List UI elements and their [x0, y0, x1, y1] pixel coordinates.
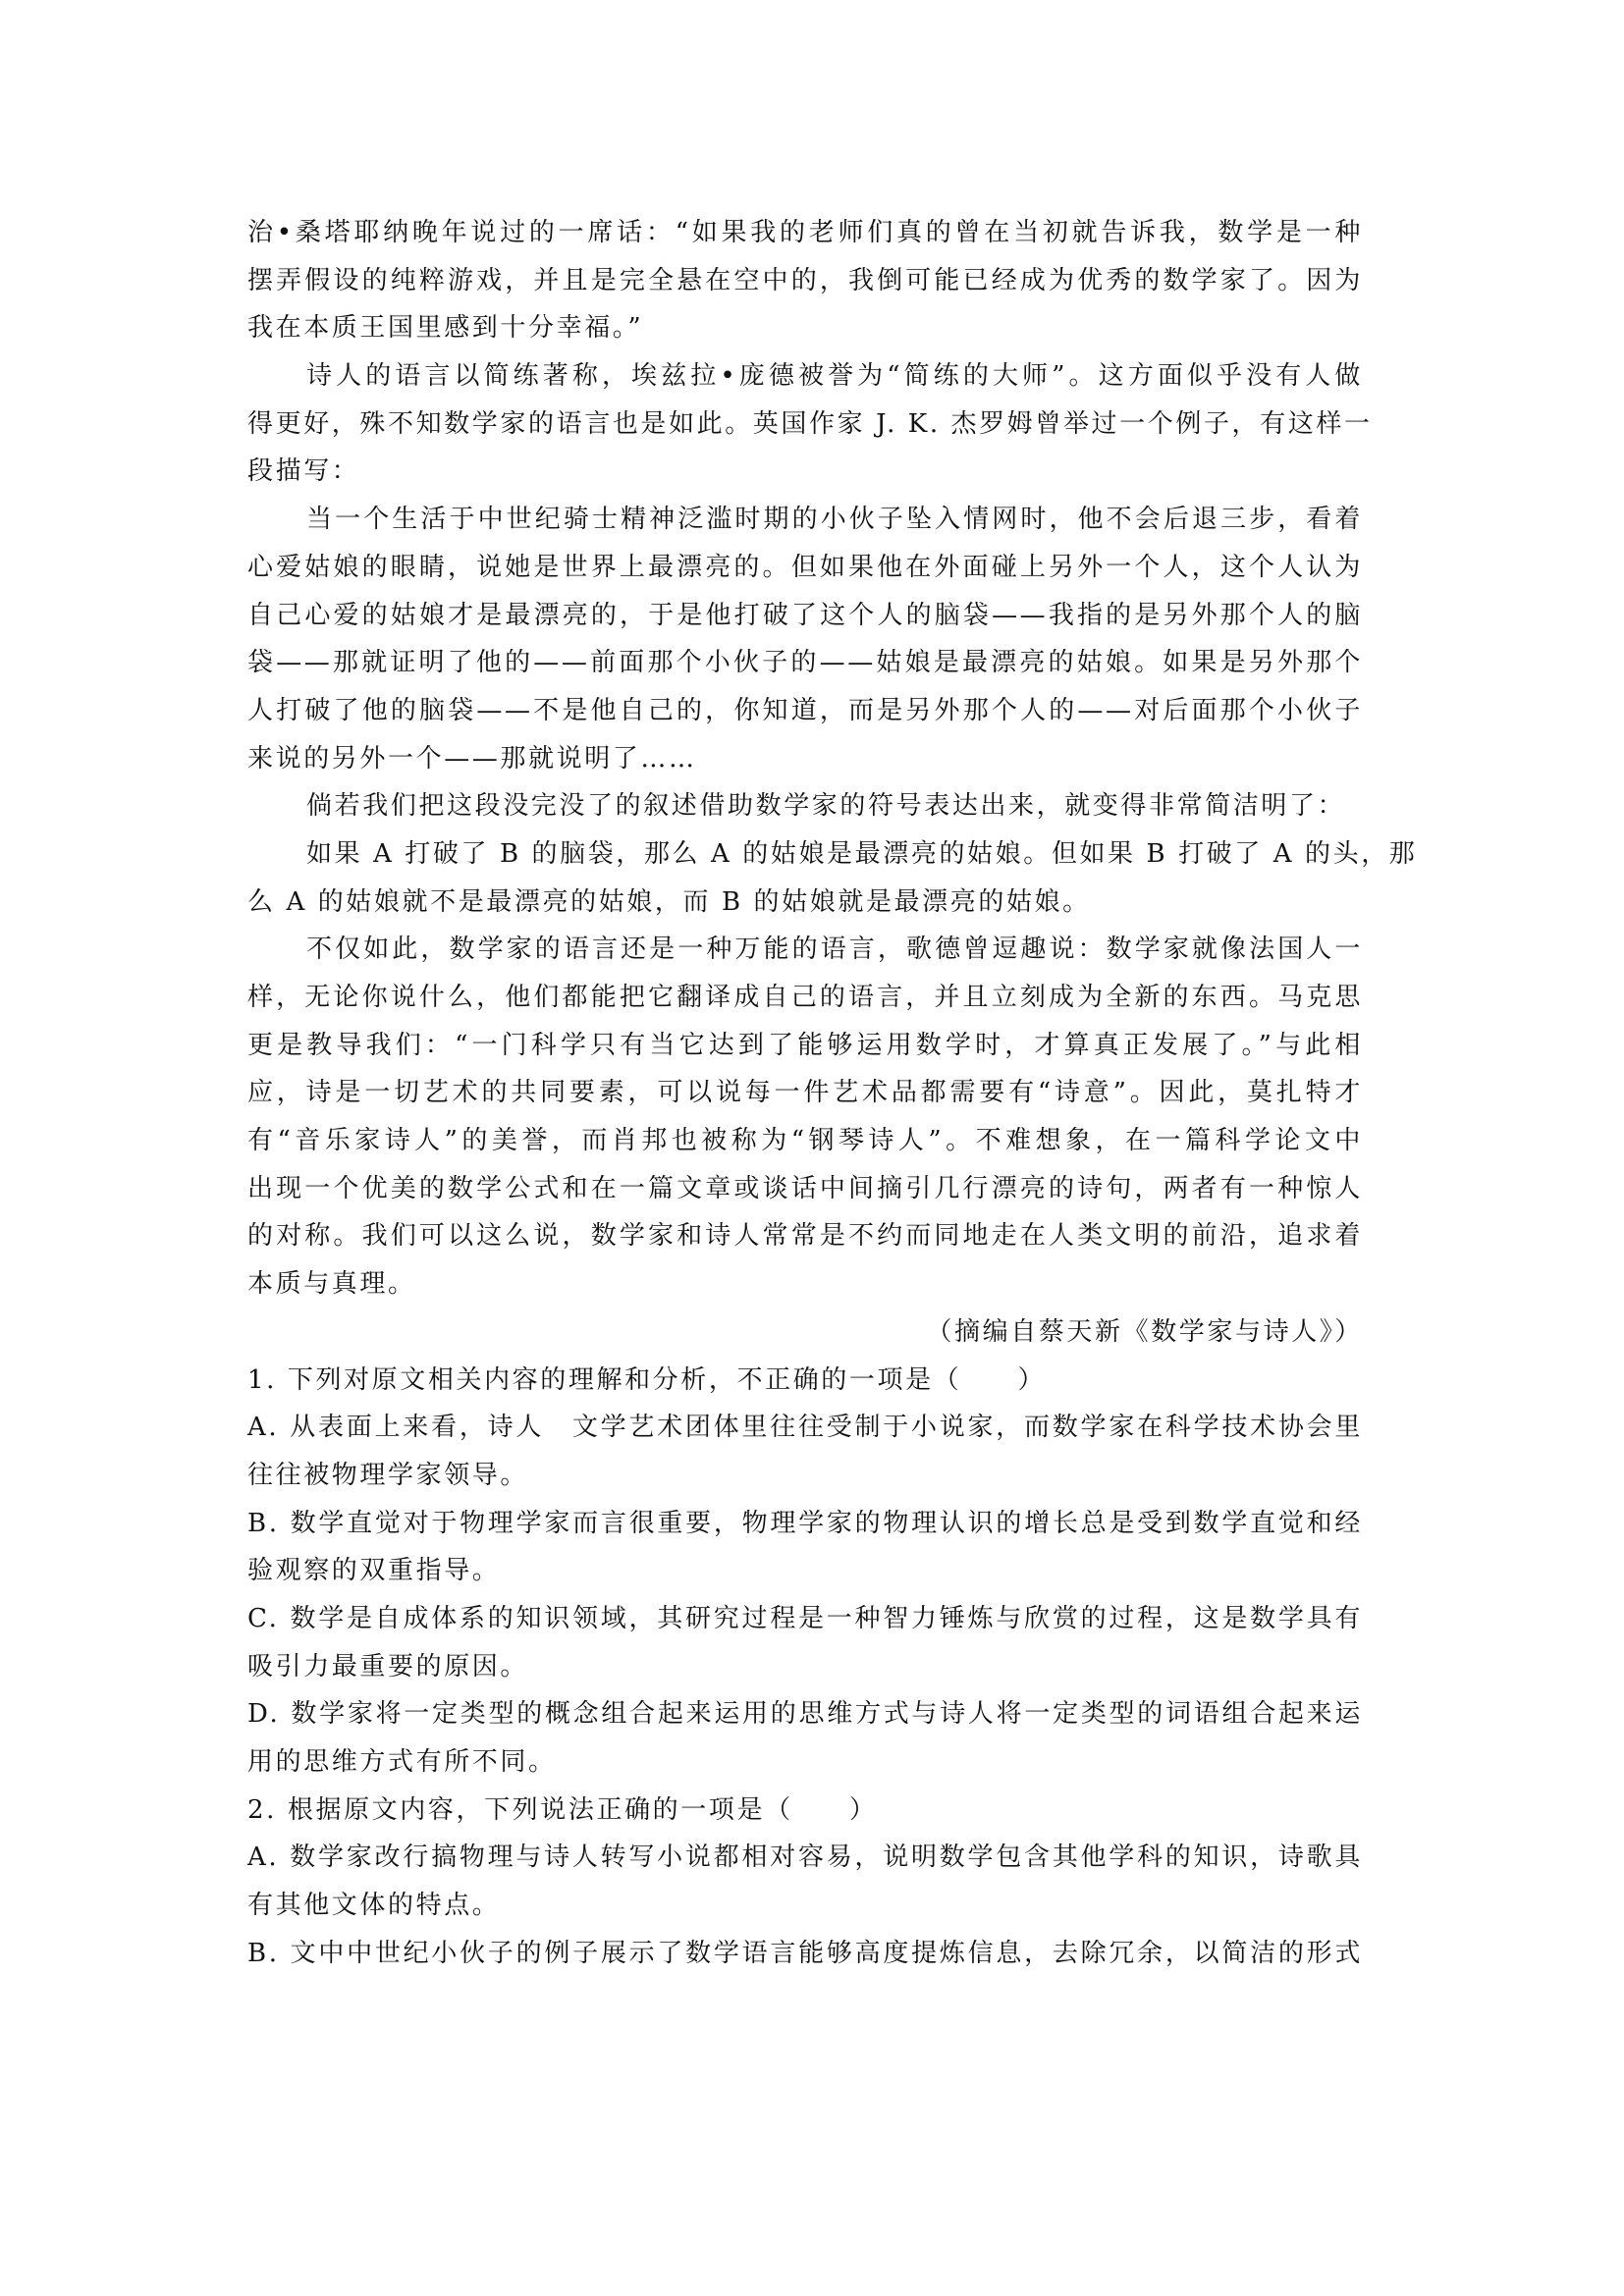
text-line: 心爱姑娘的眼睛，说她是世界上最漂亮的。但如果他在外面碰上另外一个人，这个人认为 — [247, 544, 1363, 592]
text-line: 本质与真理。 — [247, 1260, 1363, 1308]
text-line: D. 数学家将一定类型的概念组合起来运用的思维方式与诗人将一定类型的词语组合起来… — [247, 1690, 1363, 1738]
paragraph-symbolic-intro: 倘若我们把这段没完没了的叙述借助数学家的符号表达出来，就变得非常简洁明了： — [247, 782, 1363, 830]
source-attribution: （摘编自蔡天新《数学家与诗人》） — [247, 1308, 1363, 1357]
text-line: 如果 A 打破了 B 的脑袋，那么 A 的姑娘是最漂亮的姑娘。但如果 B 打破了… — [247, 830, 1363, 879]
text-line: 治•桑塔耶纳晚年说过的一席话：“如果我的老师们真的曾在当初就告诉我，数学是一种 — [247, 209, 1363, 257]
text-line: 袋——那就证明了他的——前面那个小伙子的——姑娘是最漂亮的姑娘。如果是另外那个 — [247, 639, 1363, 687]
text-line: 不仅如此，数学家的语言还是一种万能的语言，歌德曾逗趣说：数学家就像法国人一 — [247, 926, 1363, 974]
paragraph-santayana-quote: 治•桑塔耶纳晚年说过的一席话：“如果我的老师们真的曾在当初就告诉我，数学是一种 … — [247, 209, 1363, 352]
paragraph-symbolic-version: 如果 A 打破了 B 的脑袋，那么 A 的姑娘是最漂亮的姑娘。但如果 B 打破了… — [247, 830, 1363, 926]
option-1d: D. 数学家将一定类型的概念组合起来运用的思维方式与诗人将一定类型的词语组合起来… — [247, 1690, 1363, 1786]
option-2b: B. 文中中世纪小伙子的例子展示了数学语言能够高度提炼信息，去除冗余，以简洁的形… — [247, 1930, 1363, 1978]
text-line: 用的思维方式有所不同。 — [247, 1738, 1363, 1787]
text-line: 诗人的语言以简练著称，埃兹拉•庞德被誉为“简练的大师”。这方面似乎没有人做 — [247, 352, 1363, 400]
paragraph-universal-language: 不仅如此，数学家的语言还是一种万能的语言，歌德曾逗趣说：数学家就像法国人一 样，… — [247, 926, 1363, 1308]
text-line: 的对称。我们可以这么说，数学家和诗人常常是不约而同地走在人类文明的前沿，追求着 — [247, 1212, 1363, 1260]
text-line: 验观察的双重指导。 — [247, 1547, 1363, 1595]
text-line: 来说的另外一个——那就说明了…… — [247, 735, 1363, 783]
question-stem: 1. 下列对原文相关内容的理解和分析，不正确的一项是（ ） — [247, 1357, 1363, 1405]
option-1b: B. 数学直觉对于物理学家而言很重要，物理学家的物理认识的增长总是受到数学直觉和… — [247, 1500, 1363, 1595]
text-line: 吸引力最重要的原因。 — [247, 1643, 1363, 1691]
text-line: 更是教导我们：“一门科学只有当它达到了能够运用数学时，才算真正发展了。”与此相 — [247, 1022, 1363, 1070]
text-line: C. 数学是自成体系的知识领域，其研究过程是一种智力锤炼与欣赏的过程，这是数学具… — [247, 1595, 1363, 1643]
paragraph-jerome-example: 当一个生活于中世纪骑士精神泛滥时期的小伙子坠入情网时，他不会后退三步，看着 心爱… — [247, 496, 1363, 782]
text-line: 段描写： — [247, 448, 1363, 496]
option-2a: A. 数学家改行搞物理与诗人转写小说都相对容易，说明数学包含其他学科的知识，诗歌… — [247, 1834, 1363, 1929]
text-line: B. 数学直觉对于物理学家而言很重要，物理学家的物理认识的增长总是受到数学直觉和… — [247, 1500, 1363, 1548]
text-line: 出现一个优美的数学公式和在一篇文章或谈话中间摘引几行漂亮的诗句，两者有一种惊人 — [247, 1165, 1363, 1213]
text-line: 往往被物理学家领导。 — [247, 1452, 1363, 1500]
text-line: 我在本质王国里感到十分幸福。” — [247, 304, 1363, 352]
text-line: 么 A 的姑娘就不是最漂亮的姑娘，而 B 的姑娘就是最漂亮的姑娘。 — [247, 879, 1363, 927]
paragraph-poet-language: 诗人的语言以简练著称，埃兹拉•庞德被誉为“简练的大师”。这方面似乎没有人做 得更… — [247, 352, 1363, 496]
text-line: 人打破了他的脑袋——不是他自己的，你知道，而是另外那个人的——对后面那个小伙子 — [247, 687, 1363, 735]
text-line: 倘若我们把这段没完没了的叙述借助数学家的符号表达出来，就变得非常简洁明了： — [247, 782, 1363, 830]
text-line: 有其他文体的特点。 — [247, 1882, 1363, 1930]
text-line: 有“音乐家诗人”的美誉，而肖邦也被称为“钢琴诗人”。不难想象，在一篇科学论文中 — [247, 1117, 1363, 1165]
question-1: 1. 下列对原文相关内容的理解和分析，不正确的一项是（ ） A. 从表面上来看，… — [247, 1357, 1363, 1787]
option-1c: C. 数学是自成体系的知识领域，其研究过程是一种智力锤炼与欣赏的过程，这是数学具… — [247, 1595, 1363, 1690]
text-line: 自己心爱的姑娘才是最漂亮的，于是他打破了这个人的脑袋——我指的是另外那个人的脑 — [247, 592, 1363, 640]
text-line: A. 数学家改行搞物理与诗人转写小说都相对容易，说明数学包含其他学科的知识，诗歌… — [247, 1834, 1363, 1882]
text-line: 得更好，殊不知数学家的语言也是如此。英国作家 J. K. 杰罗姆曾举过一个例子，… — [247, 400, 1363, 449]
text-line: 当一个生活于中世纪骑士精神泛滥时期的小伙子坠入情网时，他不会后退三步，看着 — [247, 496, 1363, 544]
exam-page: 治•桑塔耶纳晚年说过的一席话：“如果我的老师们真的曾在当初就告诉我，数学是一种 … — [247, 209, 1363, 1977]
text-line: B. 文中中世纪小伙子的例子展示了数学语言能够高度提炼信息，去除冗余，以简洁的形… — [247, 1930, 1363, 1978]
option-1a: A. 从表面上来看，诗人 文学艺术团体里往往受制于小说家，而数学家在科学技术协会… — [247, 1404, 1363, 1499]
text-line: A. 从表面上来看，诗人 文学艺术团体里往往受制于小说家，而数学家在科学技术协会… — [247, 1404, 1363, 1452]
text-line: 样，无论你说什么，他们都能把它翻译成自己的语言，并且立刻成为全新的东西。马克思 — [247, 974, 1363, 1022]
question-stem: 2. 根据原文内容，下列说法正确的一项是（ ） — [247, 1787, 1363, 1835]
text-line: 摆弄假设的纯粹游戏，并且是完全悬在空中的，我倒可能已经成为优秀的数学家了。因为 — [247, 257, 1363, 305]
text-line: 应，诗是一切艺术的共同要素，可以说每一件艺术品都需要有“诗意”。因此，莫扎特才 — [247, 1069, 1363, 1117]
question-2: 2. 根据原文内容，下列说法正确的一项是（ ） A. 数学家改行搞物理与诗人转写… — [247, 1787, 1363, 1978]
